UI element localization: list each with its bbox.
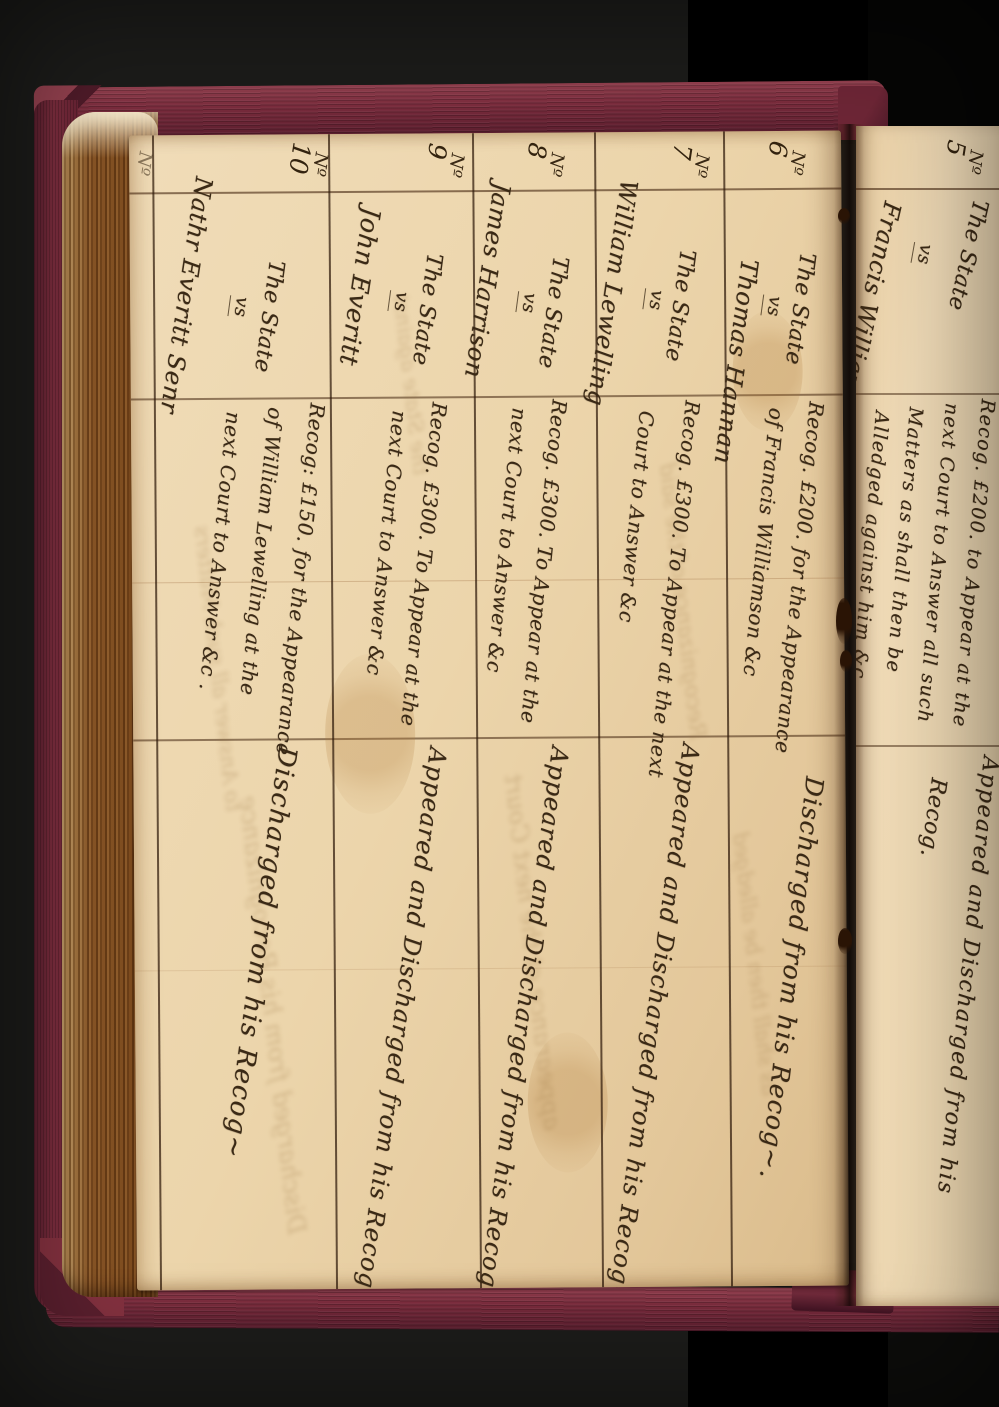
number-value: 6 xyxy=(760,139,794,177)
case-number: Nº 5 xyxy=(940,138,985,174)
column-rule-parties xyxy=(856,393,999,395)
case-number: Nº 6 xyxy=(762,139,807,176)
ink-blot xyxy=(836,598,852,644)
case-number: Nº 10 xyxy=(285,140,330,177)
plaintiff: The State xyxy=(780,251,820,366)
versus: vs xyxy=(760,294,786,317)
ledger-table: Recognizance of the said appearance at t… xyxy=(129,131,849,1291)
case-number: Nº xyxy=(133,139,154,175)
disposition-line: Recog. xyxy=(915,776,951,859)
number-value: 10 xyxy=(283,140,317,178)
versus: vs xyxy=(387,290,413,313)
ledger-entry-9: Nº 9 The State vs John Everitt Recog. £3… xyxy=(328,133,480,1289)
plaintiff: The State xyxy=(407,252,447,367)
defendant: Francis Williamson xyxy=(856,199,907,443)
ledger-page-main: Recognizance of the said appearance at t… xyxy=(129,131,849,1291)
backdrop-black-bottom-right xyxy=(888,1328,999,1407)
recognizance-line: Court to Answer &c xyxy=(614,410,659,624)
ledger-entry-10: Nº 10 The State vs Nathr Everitt Senr Re… xyxy=(152,134,336,1290)
case-number: Nº 7 xyxy=(666,141,711,178)
number-value: 5 xyxy=(938,138,972,176)
ink-blot xyxy=(838,208,850,224)
case-number: Nº 9 xyxy=(421,141,466,178)
defendant: Nathr Everitt Senr xyxy=(155,175,218,416)
versus: vs xyxy=(642,288,668,311)
recognizance-line: next Court to Answer &c . xyxy=(195,411,246,692)
ink-blot xyxy=(838,928,852,954)
number-value: 9 xyxy=(419,141,453,179)
plaintiff: The State xyxy=(943,197,993,313)
ink-blot xyxy=(840,650,852,672)
ledger-table-right: Nº 5 The State vs Francis Williamson Rec… xyxy=(856,126,999,1306)
versus: vs xyxy=(227,295,253,318)
disposition-line: Appeared and Discharged from his Recog~ xyxy=(602,742,705,1291)
ledger-entry-7: Nº 7 The State vs William Lewelling Reco… xyxy=(594,131,731,1287)
ledger-page-right: Nº 5 The State vs Francis Williamson Rec… xyxy=(856,126,999,1306)
ledger-entry-8: Nº 8 The State vs James Harrison Recog. … xyxy=(472,132,602,1288)
plaintiff: The State xyxy=(533,255,573,370)
versus: vs xyxy=(515,291,541,314)
disposition-line: Discharged from his Recog~ xyxy=(217,744,302,1160)
column-rule-disposition xyxy=(856,745,999,747)
number-value: 7 xyxy=(664,142,698,180)
recognizance-line: of William Lewelling at the xyxy=(236,406,288,696)
disposition-line: Discharged from his Recog~. xyxy=(754,775,829,1181)
disposition-line: Appeared and Discharged from his Recog~ xyxy=(471,745,574,1291)
number-prefix: Nº xyxy=(131,150,155,177)
margin-rule xyxy=(856,188,999,190)
number-value: 8 xyxy=(519,141,553,179)
case-number: Nº 8 xyxy=(521,140,566,177)
plaintiff: The State xyxy=(249,259,289,374)
versus: vs xyxy=(911,242,937,266)
defendant: John Everitt xyxy=(334,206,387,368)
disposition-line: Appeared and Discharged from his Recog~ xyxy=(349,746,452,1291)
ledger-photograph: Recognizance of the said appearance at t… xyxy=(0,0,999,1407)
ledger-entry-6: Nº 6 The State vs Thomas Hannan Recog. £… xyxy=(723,131,849,1287)
